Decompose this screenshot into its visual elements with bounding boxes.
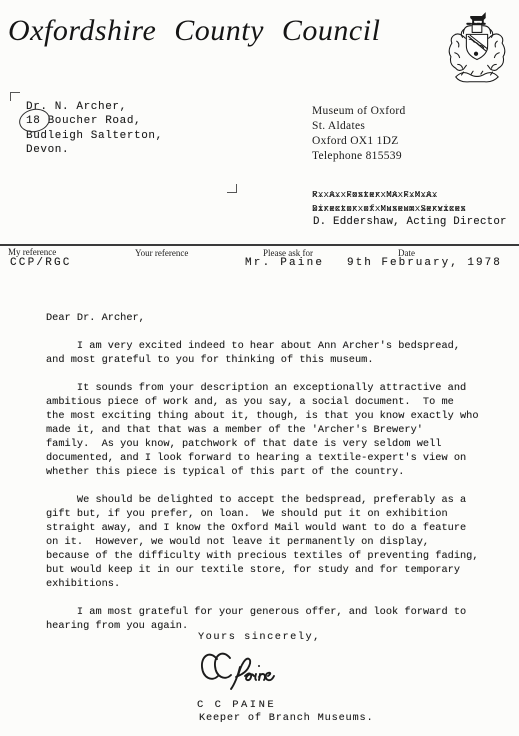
horizontal-rule <box>0 244 519 246</box>
recipient-line: Dr. N. Archer, <box>26 100 163 114</box>
house-number: 18 <box>26 115 40 127</box>
recipient-line: Devon. <box>26 143 163 157</box>
paragraph: We should be delighted to accept the bed… <box>46 493 516 591</box>
closing-phrase: Yours sincerely, <box>198 631 321 643</box>
address-window-corner-mark-top-left <box>10 92 20 101</box>
please-ask-for-value: Mr. Paine <box>245 257 324 269</box>
your-reference-label: Your reference <box>135 248 188 258</box>
salutation: Dear Dr. Archer, <box>46 311 516 325</box>
date-value: 9th February, 1978 <box>347 257 502 269</box>
address-window-corner-mark-bottom-right <box>227 184 237 193</box>
handwritten-signature <box>198 648 276 692</box>
sender-address: Museum of Oxford St. Aldates Oxford OX1 … <box>312 104 406 164</box>
paragraph: It sounds from your description an excep… <box>46 381 516 479</box>
acting-director-line: D. Eddershaw, Acting Director <box>313 216 507 228</box>
paragraph: I am very excited indeed to hear about A… <box>46 339 516 367</box>
street-name: Boucher Road, <box>48 115 142 127</box>
coat-of-arms-icon <box>448 6 506 86</box>
struck-out-signatory-block: R. A. Foster MA F.M.A.xxxxxxxxxxxxxxxxxx… <box>312 188 466 216</box>
signer-title: Keeper of Branch Museums. <box>199 712 373 724</box>
paragraph: I am most grateful for your generous off… <box>46 605 516 633</box>
my-reference-label: My reference <box>8 247 56 257</box>
struck-out-line: R. A. Foster MA F.M.A.xxxxxxxxxxxxxxxxxx… <box>312 188 466 202</box>
recipient-line: 18 Boucher Road, <box>26 114 163 128</box>
my-reference-value: CCP/RGC <box>10 257 72 269</box>
signer-name: C C PAINE <box>197 699 276 711</box>
circled-house-number: 18 <box>26 114 40 128</box>
overstrike-x-characters: xxxxxxxxxxxxxxxxxxxxxx <box>312 188 437 202</box>
scanned-letter-page: Oxfordshire County Council <box>0 0 519 736</box>
recipient-line: Budleigh Salterton, <box>26 129 163 143</box>
overstrike-x-characters: xxxxxxxxxxxxxxxxxxxxxxxxxxx <box>312 202 466 216</box>
recipient-address: Dr. N. Archer, 18 Boucher Road, Budleigh… <box>26 100 163 157</box>
struck-out-line: Director of Museum Servicesxxxxxxxxxxxxx… <box>312 202 466 216</box>
letter-body: Dear Dr. Archer, I am very excited indee… <box>46 311 516 633</box>
letterhead-org-name: Oxfordshire County Council <box>8 14 380 48</box>
